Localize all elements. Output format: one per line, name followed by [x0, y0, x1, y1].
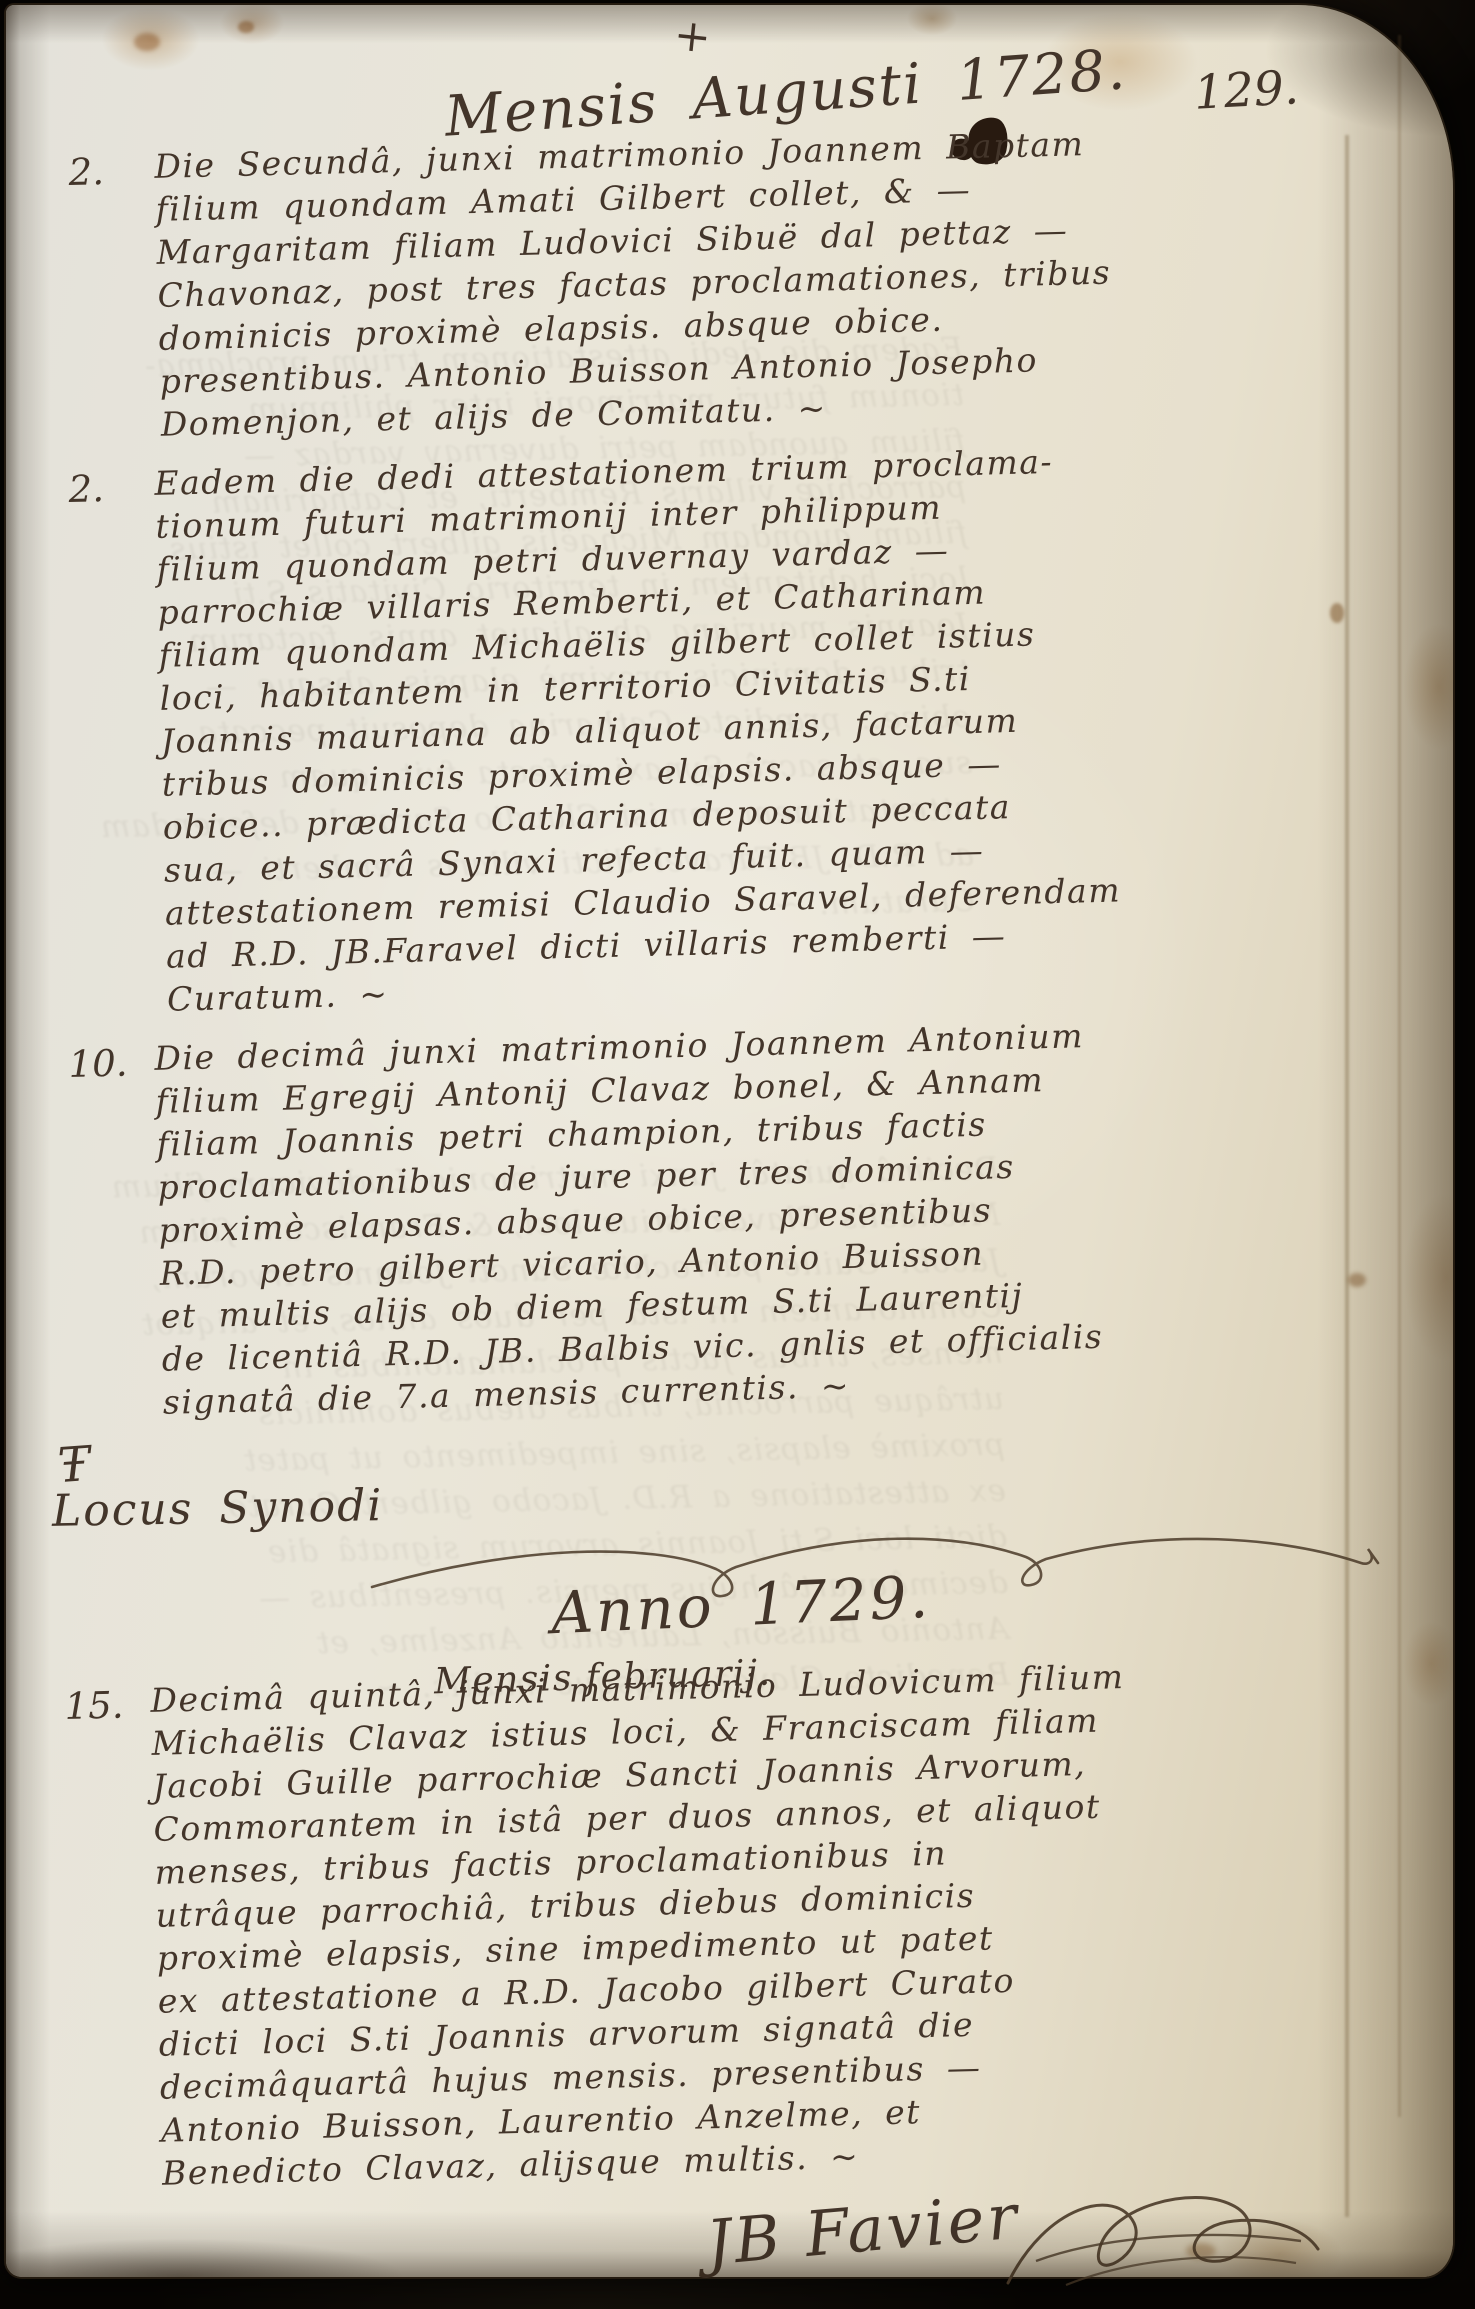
register-entry: 2.Eadem die dedi attestationem trium pro…	[68, 431, 1441, 1023]
foxing-stain	[134, 33, 160, 51]
entry-text: Eadem die dedi attestationem trium procl…	[154, 439, 1124, 1021]
cross-mark: +	[671, 9, 713, 64]
foxing-stain	[238, 21, 254, 33]
locus-synodi-note: Locus Synodi	[52, 1480, 384, 1537]
august-entries-section: 2.Die Secundâ, junxi matrimonio Joannem …	[68, 147, 1428, 1442]
entry-number: 15.	[64, 1679, 139, 2196]
register-entry: 15.Decimâ quintâ, junxi matrimonio Ludov…	[64, 1648, 1436, 2197]
manuscript-photo: { "page": { "cross_mark": "+", "header_t…	[0, 0, 1475, 2309]
paper-sheet: Eadem die dedi attestationem trium procl…	[6, 5, 1453, 2277]
entry-text: Die decimâ junxi matrimonio Joannem Anto…	[154, 1014, 1105, 1424]
register-entry: 2.Die Secundâ, junxi matrimonio Joannem …	[68, 114, 1435, 448]
register-entry: 10.Die decimâ junxi matrimonio Joannem A…	[68, 1006, 1437, 1426]
folio-number: 129.	[1193, 60, 1300, 120]
entry-number: 2.	[68, 145, 137, 447]
entry-text: Decimâ quintâ, junxi matrimonio Ludovicu…	[150, 1655, 1136, 2195]
entry-text: Die Secundâ, junxi matrimonio Joannem Ba…	[154, 122, 1115, 446]
entry-number: 2.	[68, 462, 144, 1022]
entry-number: 10.	[68, 1037, 139, 1425]
signature-paraph	[996, 2165, 1326, 2305]
february-entries-section: 15.Decimâ quintâ, junxi matrimonio Ludov…	[64, 1681, 1424, 2213]
